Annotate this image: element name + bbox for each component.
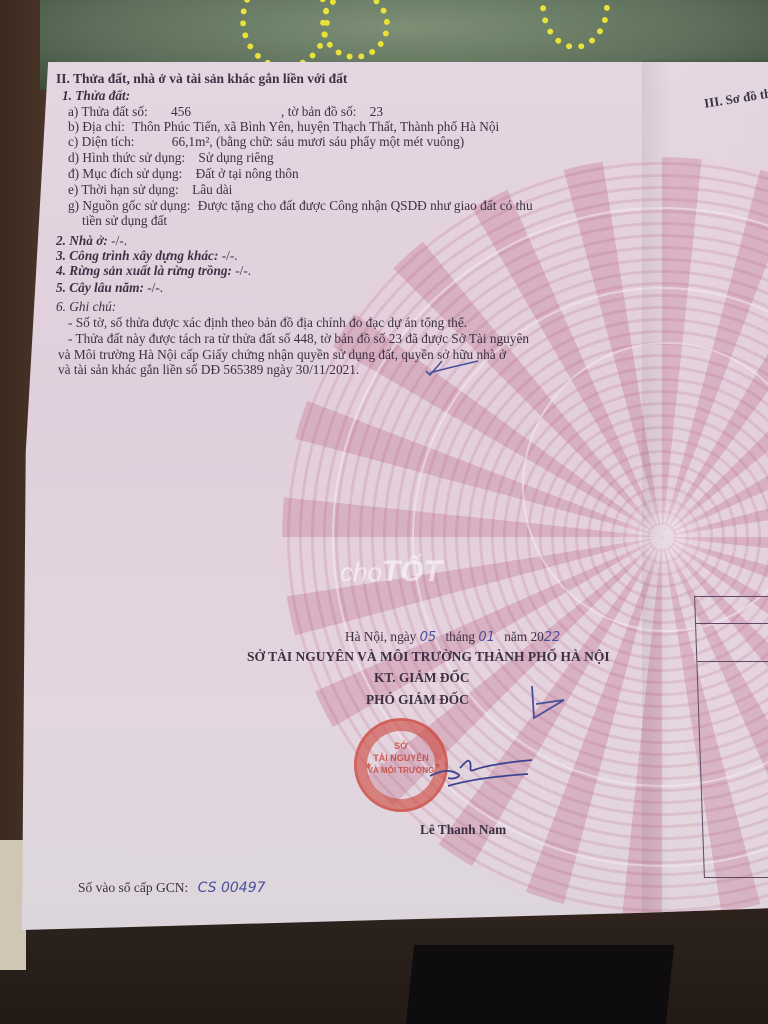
shadow-object (406, 945, 674, 1024)
land-item-parcel-number: a) Thửa đất số: 456, tờ bản đồ số: 23 (68, 104, 383, 120)
section-ii-title: II. Thửa đất, nhà ở và tài sản khác gắn … (56, 71, 347, 87)
signer-name: Lê Thanh Nam (420, 822, 506, 838)
stamp-star-icon: ★ (365, 761, 372, 770)
land-item-area: c) Diện tích: 66,1m², (bằng chữ: sáu mươ… (68, 134, 464, 150)
document-cover-edge (0, 840, 26, 970)
on-behalf-title: KT. GIÁM ĐỐC (374, 670, 469, 686)
map-frame-divider (697, 661, 768, 662)
note-line: và tài sản khác gắn liền số DĐ 565389 ng… (58, 362, 359, 378)
item-house: 2. Nhà ở: -/-. (56, 233, 127, 249)
land-item-address: b) Địa chỉ: Thôn Phúc Tiến, xã Bình Yên,… (68, 119, 499, 135)
item-perennial-trees: 5. Cây lâu năm: -/-. (56, 280, 163, 296)
lace-pattern (240, 0, 330, 70)
note-line: - Số tờ, số thửa được xác định theo bản … (68, 315, 467, 331)
land-item-origin-continued: tiền sử dụng đất (82, 213, 167, 229)
item-production-forest: 4. Rừng sản xuất là rừng trồng: -/-. (56, 263, 251, 279)
item-other-construction: 3. Công trình xây dựng khác: -/-. (56, 248, 238, 264)
notes-heading: 6. Ghi chú: (56, 299, 116, 315)
lace-pattern (320, 0, 390, 60)
chotot-watermark: choTỐT (340, 555, 442, 589)
note-line: - Thửa đất này được tách ra từ thửa đất … (68, 331, 529, 347)
land-item-origin: g) Nguồn gốc sử dụng: Được tặng cho đất … (68, 198, 533, 214)
signer-position: PHÓ GIÁM ĐỐC (366, 692, 469, 708)
lace-pattern (540, 0, 610, 50)
land-heading: 1. Thửa đất: (62, 88, 130, 104)
initial-signature-mark (528, 684, 568, 724)
handwritten-signature (428, 754, 538, 790)
land-certificate-page: choTỐT III. Sơ đồ th II. Thửa đất, nhà ở… (22, 62, 768, 930)
land-map-frame (694, 596, 768, 878)
issuing-agency: SỞ TÀI NGUYÊN VÀ MÔI TRƯỜNG THÀNH PHỐ HÀ… (247, 649, 610, 665)
register-number: Số vào sổ cấp GCN: CS 00497 (78, 880, 266, 897)
initial-check-mark (422, 355, 482, 379)
land-item-purpose: đ) Mục đích sử dụng: Đất ở tại nông thôn (68, 166, 299, 182)
land-item-usage-form: d) Hình thức sử dụng: Sử dụng riêng (68, 150, 274, 166)
land-item-term: e) Thời hạn sử dụng: Lâu dài (68, 182, 232, 198)
place-date: Hà Nội, ngày 05 tháng 01 năm 2022 (345, 629, 560, 646)
map-frame-divider (696, 623, 768, 624)
